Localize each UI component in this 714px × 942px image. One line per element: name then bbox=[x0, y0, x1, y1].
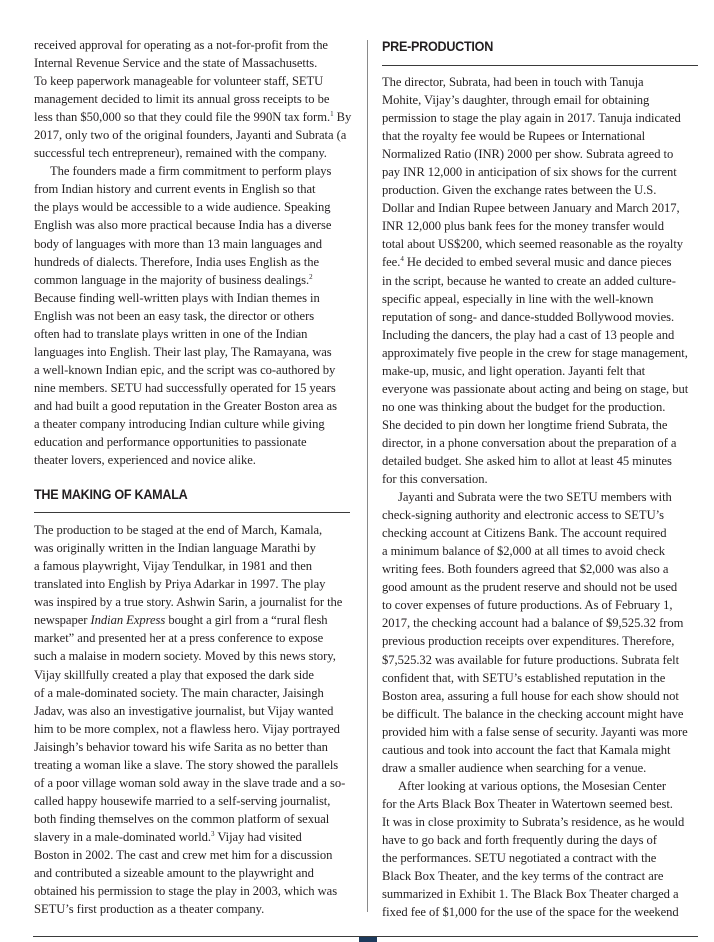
text-fragment: bought a girl from a “rural flesh bbox=[165, 613, 327, 627]
text-line: English was also more practical because … bbox=[34, 216, 352, 234]
text-line: The founders made a firm commitment to p… bbox=[34, 162, 352, 180]
text-line: in the script, because he wanted to crea… bbox=[382, 272, 700, 290]
text-line: slavery in a male-dominated world.3 Vija… bbox=[34, 828, 352, 846]
footnote-marker[interactable]: 2 bbox=[309, 272, 312, 280]
text-line: be difficult. The balance in the checkin… bbox=[382, 705, 700, 723]
text-line: for this conversation. bbox=[382, 470, 700, 488]
text-line: 2017, only two of the original founders,… bbox=[34, 126, 352, 144]
text-line: confident that, with SETU’s established … bbox=[382, 669, 700, 687]
text-line: permission to stage the play again in 20… bbox=[382, 109, 700, 127]
text-line: make-up, music, and light operation. Jay… bbox=[382, 362, 700, 380]
text-fragment: slavery in a male-dominated world. bbox=[34, 830, 211, 844]
text-line: $7,525.32 was available for future produ… bbox=[382, 651, 700, 669]
text-line: obtained his permission to stage the pla… bbox=[34, 882, 352, 900]
text-line: him to be more complex, not a flawless h… bbox=[34, 720, 352, 738]
text-line: writing fees. Both founders agreed that … bbox=[382, 560, 700, 578]
text-line: of a poor village woman sold away in the… bbox=[34, 774, 352, 792]
text-line: a well-known Indian epic, and the script… bbox=[34, 361, 352, 379]
text-fragment: fee. bbox=[382, 255, 400, 269]
text-line: a theater company introducing Indian cul… bbox=[34, 415, 352, 433]
text-fragment: newspaper bbox=[34, 613, 91, 627]
text-line: successful tech entrepreneur), remained … bbox=[34, 144, 352, 162]
text-line: the performances. SETU negotiated a cont… bbox=[382, 849, 700, 867]
text-line: total about US$200, which seemed reasona… bbox=[382, 235, 700, 253]
text-line: that the royalty fee would be Rupees or … bbox=[382, 127, 700, 145]
text-fragment: Vijay had visited bbox=[214, 830, 301, 844]
section-heading-making-of-kamala: THE MAKING OF KAMALA bbox=[34, 486, 320, 502]
section-heading-pre-production: PRE-PRODUCTION bbox=[382, 38, 668, 54]
text-line: fixed fee of $1,000 for the use of the s… bbox=[382, 903, 700, 921]
text-line: often had to translate plays written in … bbox=[34, 325, 352, 343]
text-line: of a male-dominated society. The main ch… bbox=[34, 684, 352, 702]
text-line: To keep paperwork manageable for volunte… bbox=[34, 72, 352, 90]
text-line: no one was thinking about the budget for… bbox=[382, 398, 700, 416]
text-line: specific appeal, especially in line with… bbox=[382, 290, 700, 308]
text-line: received approval for operating as a not… bbox=[34, 36, 352, 54]
text-line: was inspired by a true story. Ashwin Sar… bbox=[34, 593, 352, 611]
text-line: detailed budget. She asked him to allot … bbox=[382, 452, 700, 470]
text-line: both finding themselves on the common pl… bbox=[34, 810, 352, 828]
text-line: Jadav, was also an investigative journal… bbox=[34, 702, 352, 720]
text-line: less than $50,000 so that they could fil… bbox=[34, 108, 352, 126]
text-line: 2017, the checking account had a balance… bbox=[382, 614, 700, 632]
text-line: such a malaise in modern society. Moved … bbox=[34, 647, 352, 665]
text-fragment: By bbox=[334, 110, 352, 124]
text-line: Boston in 2002. The cast and crew met hi… bbox=[34, 846, 352, 864]
text-line: summarized in Exhibit 1. The Black Box T… bbox=[382, 885, 700, 903]
text-line: to cover expenses of future productions.… bbox=[382, 596, 700, 614]
text-line: have to go back and forth frequently dur… bbox=[382, 831, 700, 849]
left-column: received approval for operating as a not… bbox=[34, 36, 352, 918]
text-line: Black Box Theater, and the key terms of … bbox=[382, 867, 700, 885]
text-line: common language in the majority of busin… bbox=[34, 271, 352, 289]
text-line: It was in close proximity to Subrata’s r… bbox=[382, 813, 700, 831]
text-line: Including the dancers, the play had a ca… bbox=[382, 326, 700, 344]
text-line: Jayanti and Subrata were the two SETU me… bbox=[382, 488, 700, 506]
text-line: director, in a phone conversation about … bbox=[382, 434, 700, 452]
text-line: theater lovers, experienced and novice a… bbox=[34, 451, 352, 469]
text-line: was originally written in the Indian lan… bbox=[34, 539, 352, 557]
text-line: Boston area, assuring a full house for e… bbox=[382, 687, 700, 705]
text-line: nine members. SETU had successfully oper… bbox=[34, 379, 352, 397]
text-fragment: less than $50,000 so that they could fil… bbox=[34, 110, 330, 124]
text-line: The director, Subrata, had been in touch… bbox=[382, 73, 700, 91]
text-line: production. Given the exchange rates bet… bbox=[382, 181, 700, 199]
text-line: languages into English. Their last play,… bbox=[34, 343, 352, 361]
text-fragment: He decided to embed several music and da… bbox=[404, 255, 672, 269]
text-line: Normalized Ratio (INR) 2000 per show. Su… bbox=[382, 145, 700, 163]
text-line: provided him with a false sense of secur… bbox=[382, 723, 700, 741]
text-line: newspaper Indian Express bought a girl f… bbox=[34, 611, 352, 629]
text-line: English was not been an easy task, the d… bbox=[34, 307, 352, 325]
text-line: hundreds of dialects. Therefore, India u… bbox=[34, 253, 352, 271]
text-line: checking account at Citizens Bank. The a… bbox=[382, 524, 700, 542]
text-line: Mohite, Vijay’s daughter, through email … bbox=[382, 91, 700, 109]
text-line: Internal Revenue Service and the state o… bbox=[34, 54, 352, 72]
text-line: reputation of song- and dance-studded Bo… bbox=[382, 308, 700, 326]
text-line: Vijay skillfully created a play that exp… bbox=[34, 666, 352, 684]
text-line: Because finding well-written plays with … bbox=[34, 289, 352, 307]
text-line: and contributed a sizeable amount to the… bbox=[34, 864, 352, 882]
text-line: check-signing authority and electronic a… bbox=[382, 506, 700, 524]
text-line: everyone was passionate about acting and… bbox=[382, 380, 700, 398]
text-line: a minimum balance of $2,000 at all times… bbox=[382, 542, 700, 560]
text-line: draw a smaller audience when searching f… bbox=[382, 759, 700, 777]
text-line: for the Arts Black Box Theater in Watert… bbox=[382, 795, 700, 813]
text-line: After looking at various options, the Mo… bbox=[382, 777, 700, 795]
text-line: good amount as the prudent reserve and s… bbox=[382, 578, 700, 596]
text-line: translated into English by Priya Adarkar… bbox=[34, 575, 352, 593]
text-line: treating a woman like a slave. The story… bbox=[34, 756, 352, 774]
text-line: previous production receipts over expend… bbox=[382, 632, 700, 650]
text-line: cautious and took into account the fact … bbox=[382, 741, 700, 759]
text-line: market” and presented her at a press con… bbox=[34, 629, 352, 647]
right-column: PRE-PRODUCTION The director, Subrata, ha… bbox=[382, 36, 700, 921]
text-line: management decided to limit its annual g… bbox=[34, 90, 352, 108]
text-line: SETU’s first production as a theater com… bbox=[34, 900, 352, 918]
text-line: Jaisingh’s behavior toward his wife Sari… bbox=[34, 738, 352, 756]
footer-page-tab bbox=[359, 937, 377, 942]
text-line: and had built a good reputation in the G… bbox=[34, 397, 352, 415]
text-line: She decided to pin down her longtime fri… bbox=[382, 416, 700, 434]
text-line: education and performance opportunities … bbox=[34, 433, 352, 451]
text-line: fee.4 He decided to embed several music … bbox=[382, 253, 700, 271]
text-line: approximately five people in the crew fo… bbox=[382, 344, 700, 362]
text-line: pay INR 12,000 in anticipation of six sh… bbox=[382, 163, 700, 181]
text-line: the plays would be accessible to a wide … bbox=[34, 198, 352, 216]
text-line: Dollar and Indian Rupee between January … bbox=[382, 199, 700, 217]
text-line: INR 12,000 plus bank fees for the money … bbox=[382, 217, 700, 235]
column-divider bbox=[367, 40, 368, 912]
text-line: body of languages with more than 13 main… bbox=[34, 235, 352, 253]
text-line: from Indian history and current events i… bbox=[34, 180, 352, 198]
newspaper-title: Indian Express bbox=[91, 613, 166, 627]
text-line: called happy housewife married to a self… bbox=[34, 792, 352, 810]
text-line: a famous playwright, Vijay Tendulkar, in… bbox=[34, 557, 352, 575]
text-fragment: common language in the majority of busin… bbox=[34, 273, 309, 287]
text-line: The production to be staged at the end o… bbox=[34, 521, 352, 539]
